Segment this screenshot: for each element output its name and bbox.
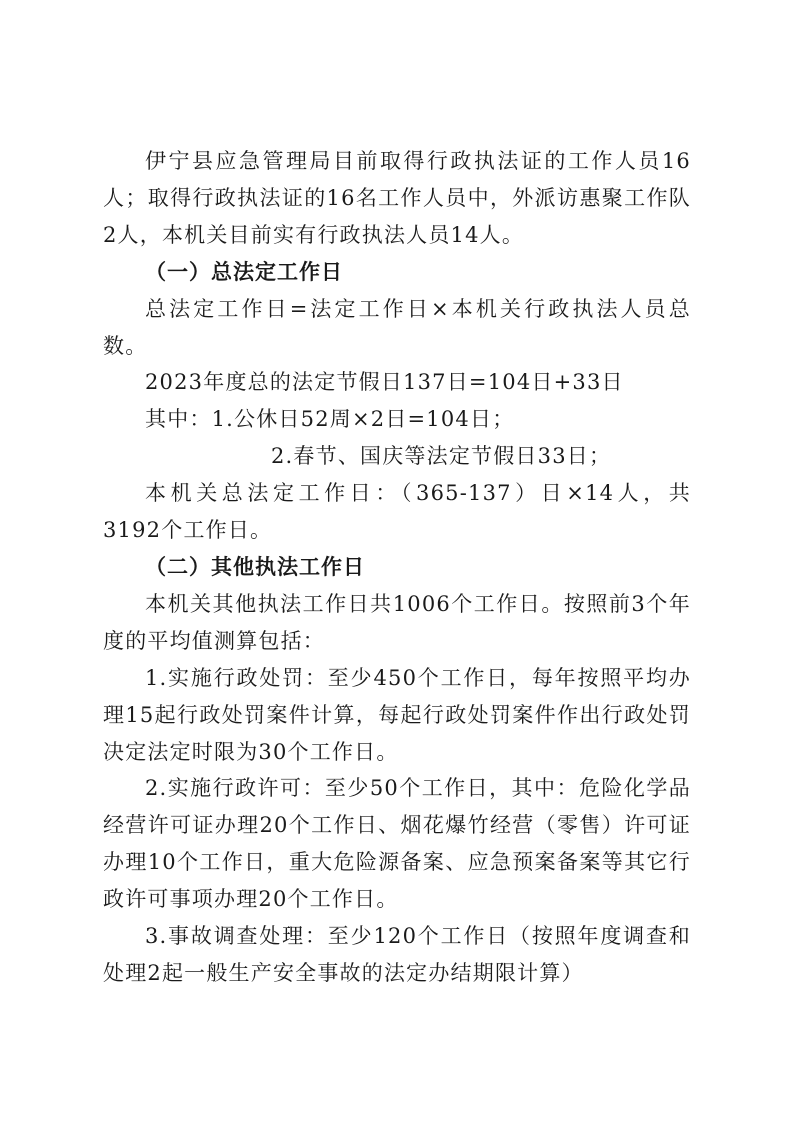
other-workdays-paragraph: 本机关其他执法工作日共1006个工作日。按照前3个年度的平均值测算包括： [103, 586, 691, 660]
total-workdays-paragraph: 本机关总法定工作日：（365-137）日×14人，共3192个工作日。 [103, 475, 691, 549]
holidays-paragraph: 2023年度总的法定节假日137日=104日+33日 [103, 364, 691, 401]
formula-paragraph: 总法定工作日=法定工作日×本机关行政执法人员总数。 [103, 291, 691, 365]
section-heading-total-workdays: （一）总法定工作日 [103, 254, 691, 291]
penalty-item: 1.实施行政处罚：至少450个工作日，每年按照平均办理15起行政处罚案件计算，每… [103, 660, 691, 771]
weekends-item: 其中：1.公休日52周×2日=104日； [103, 401, 691, 438]
accident-item: 3.事故调查处理：至少120个工作日（按照年度调查和处理2起一般生产安全事故的法… [103, 918, 691, 992]
license-item: 2.实施行政许可：至少50个工作日，其中：危险化学品经营许可证办理20个工作日、… [103, 770, 691, 918]
festivals-item: 2.春节、国庆等法定节假日33日； [103, 438, 691, 475]
intro-paragraph: 伊宁县应急管理局目前取得行政执法证的工作人员16人；取得行政执法证的16名工作人… [103, 143, 691, 254]
document-page: 伊宁县应急管理局目前取得行政执法证的工作人员16人；取得行政执法证的16名工作人… [103, 143, 691, 992]
section-heading-other-workdays: （二）其他执法工作日 [103, 549, 691, 586]
